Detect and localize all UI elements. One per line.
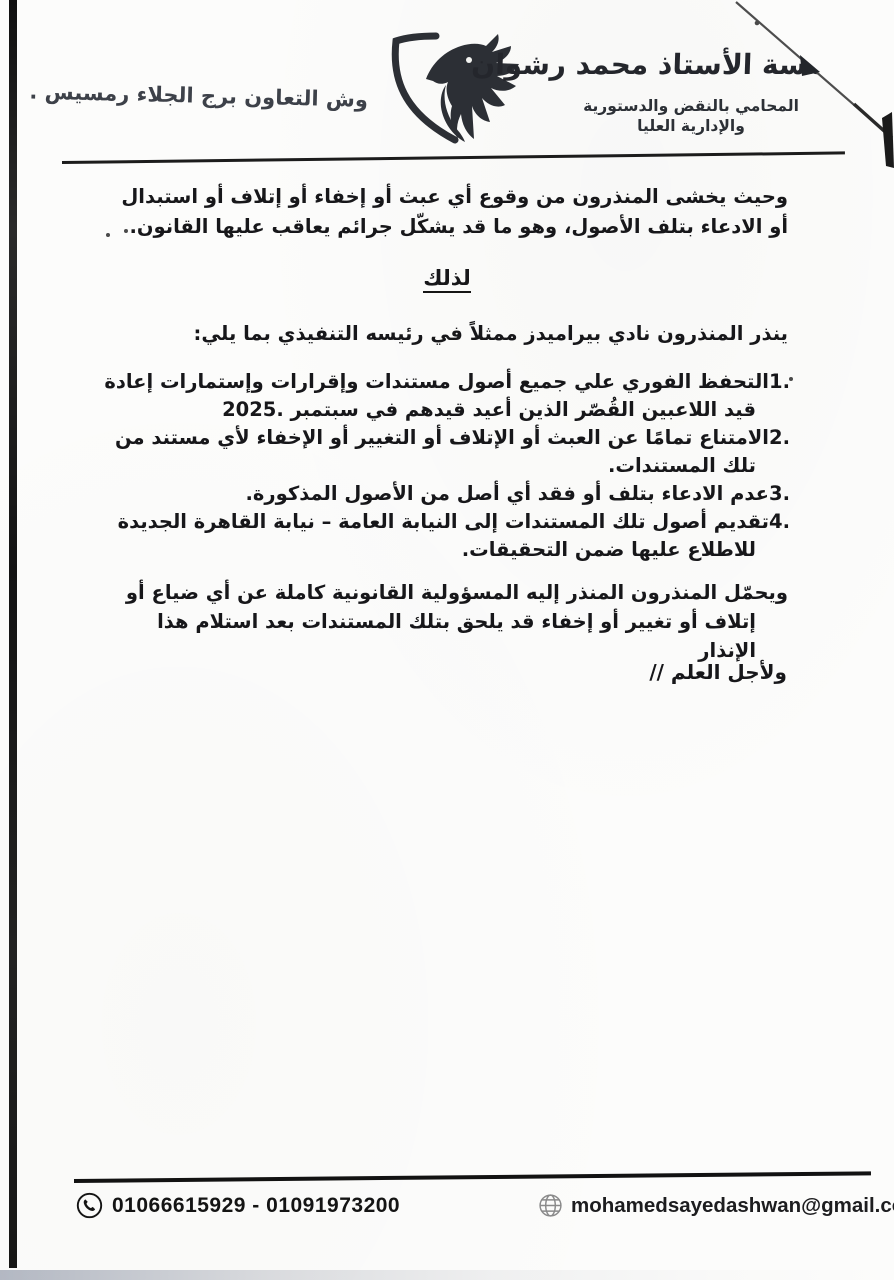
scan-edge-smudge-bottom bbox=[0, 1270, 894, 1280]
list-item-marker: .3 bbox=[769, 482, 790, 505]
list-item-marker: .4 bbox=[769, 510, 790, 533]
list-item: .3عدم الادعاء بتلف أو فقد أي أصل من الأص… bbox=[102, 480, 790, 508]
phone-numbers: 01066615929 - 01091973200 bbox=[112, 1194, 400, 1218]
paragraph-closing: ولأجل العلم // bbox=[649, 660, 787, 684]
notice-heading: لذلك bbox=[0, 266, 894, 290]
footer-phone-block: 01066615929 - 01091973200 bbox=[76, 1192, 400, 1219]
paragraph-notice-intro: ينذر المنذرون نادي بيراميدز ممثلاً في رئ… bbox=[112, 320, 788, 348]
footer-divider-line bbox=[74, 1171, 871, 1183]
office-address: وش التعاون برج الجلاء رمسيس . bbox=[58, 80, 368, 112]
scan-speck bbox=[106, 233, 110, 237]
list-item-text: الامتناع تمامًا عن العبث أو الإتلاف أو ا… bbox=[115, 426, 769, 477]
scan-folded-corner bbox=[694, 0, 894, 200]
list-item: .2الامتناع تمامًا عن العبث أو الإتلاف أو… bbox=[102, 424, 790, 480]
paragraph-risk-warning: وحيث يخشى المنذرون من وقوع أي عبث أو إخف… bbox=[112, 182, 788, 242]
globe-icon bbox=[538, 1193, 563, 1218]
list-item-text: تقديم أصول تلك المستندات إلى النيابة الع… bbox=[118, 510, 769, 561]
list-item-marker: .2 bbox=[769, 426, 790, 449]
eagle-shield-logo bbox=[372, 26, 542, 158]
list-item-text: التحفظ الفوري علي جميع أصول مستندات وإقر… bbox=[104, 370, 769, 421]
footer-email-block: mohamedsayedashwan@gmail.com bbox=[538, 1193, 894, 1218]
scan-edge-line-left bbox=[9, 0, 17, 1268]
list-item-marker: .1 bbox=[769, 370, 790, 393]
list-item-text: عدم الادعاء بتلف أو فقد أي أصل من الأصول… bbox=[246, 482, 770, 505]
demands-list: .1التحفظ الفوري علي جميع أصول مستندات وإ… bbox=[102, 368, 790, 564]
phone-icon bbox=[76, 1192, 103, 1219]
list-item: .1التحفظ الفوري علي جميع أصول مستندات وإ… bbox=[102, 368, 790, 424]
list-item: .4تقديم أصول تلك المستندات إلى النيابة ا… bbox=[102, 508, 790, 564]
notice-heading-text: لذلك bbox=[423, 266, 470, 293]
email-address: mohamedsayedashwan@gmail.com bbox=[571, 1194, 894, 1218]
paragraph-liability: ويحمّل المنذرون المنذر إليه المسؤولية ال… bbox=[96, 578, 788, 665]
scanned-legal-notice-page: وش التعاون برج الجلاء رمسيس . مؤسسة الأس… bbox=[0, 0, 894, 1280]
